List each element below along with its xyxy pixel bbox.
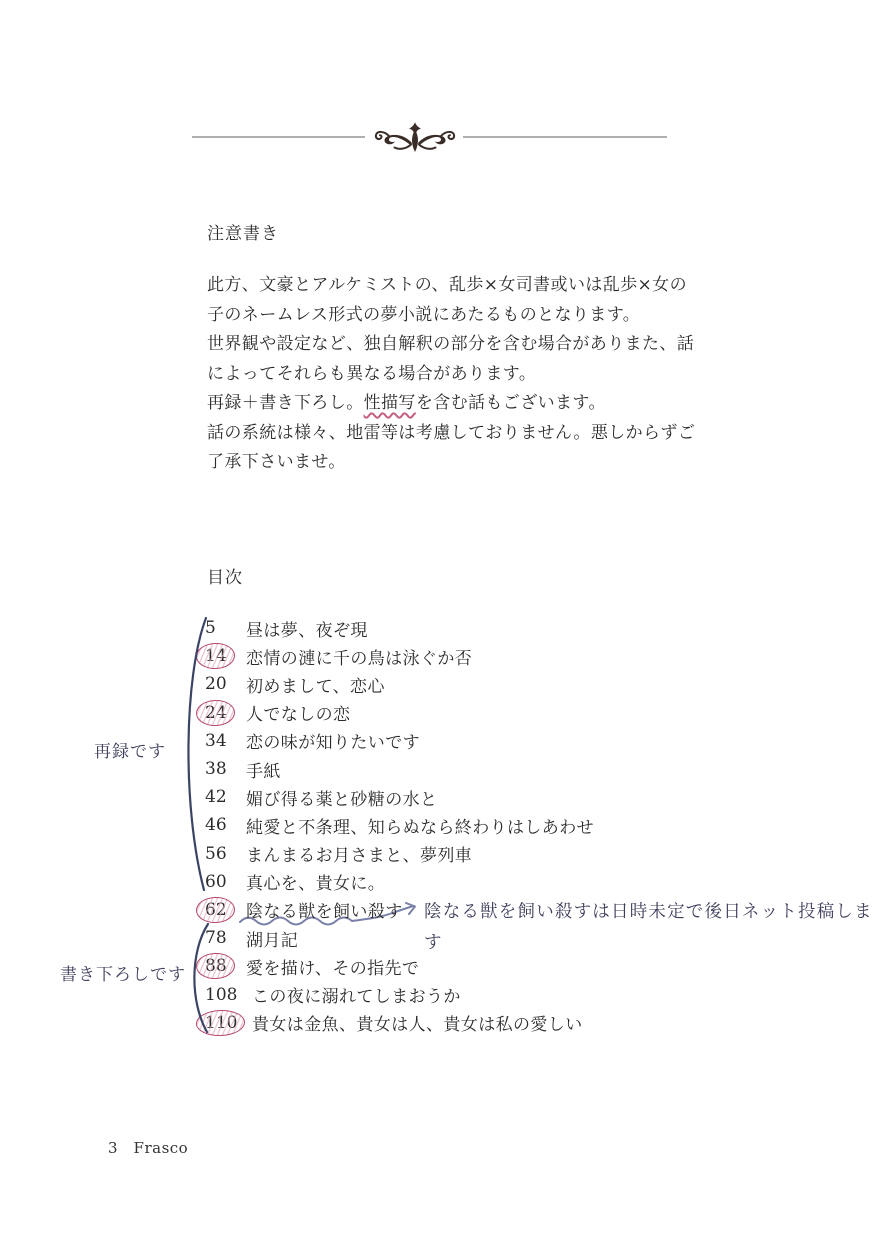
footer-title: Frasco	[134, 1139, 189, 1157]
toc-page-number-cell: 5	[204, 618, 238, 638]
toc-entry: 42媚び得る薬と砂糖の水と	[204, 783, 764, 811]
new-works-label: 書き下ろしです	[60, 960, 186, 985]
content-warning-underlined-text: 性描写	[364, 393, 416, 413]
toc-page-number-cell: 14	[204, 646, 238, 666]
notice-text: 子のネームレス形式の夢小説にあたるものとなります。	[207, 305, 640, 325]
toc-title: 恋の味が知りたいです	[246, 728, 420, 753]
toc-title: 純愛と不条理、知らぬなら終わりはしあわせ	[246, 813, 594, 838]
notice-text: 話の系統は様々、地雷等は考慮しておりません。悪しからずご	[207, 423, 695, 443]
toc-entry: 24人でなしの恋	[204, 699, 764, 727]
toc-entry: 56まんまるお月さまと、夢列車	[204, 840, 764, 868]
toc-entry: 38手紙	[204, 755, 764, 783]
toc-page-number-cell: 20	[204, 674, 238, 694]
toc-entry: 20初めまして、恋心	[204, 670, 764, 698]
toc-title: 湖月記	[246, 926, 298, 951]
margin-note: 陰なる獣を飼い殺すは日時未定で後日ネット投稿します	[424, 897, 884, 959]
toc-entry: 14恋情の漣に千の鳥は泳ぐか否	[204, 642, 764, 670]
toc-title: 初めまして、恋心	[246, 672, 385, 697]
notice-heading: 注意書き	[207, 219, 279, 244]
toc-title: 媚び得る薬と砂糖の水と	[246, 785, 437, 810]
toc-title: この夜に溺れてしまおうか	[252, 982, 461, 1007]
circled-page-number: 62	[204, 902, 228, 919]
footer-page-number: 3	[108, 1139, 118, 1157]
new-works-bracket	[188, 922, 210, 1034]
notice-line: によってそれらも異なる場合があります。	[207, 360, 687, 390]
notice-line: 話の系統は様々、地雷等は考慮しておりません。悪しからずご	[207, 419, 687, 449]
toc-page-number-cell: 24	[204, 703, 238, 723]
toc-entry: 60真心を、貴女に。	[204, 868, 764, 896]
notice-line: 子のネームレス形式の夢小説にあたるものとなります。	[207, 301, 687, 331]
header-divider	[192, 122, 667, 152]
toc-page-number-cell: 42	[204, 787, 238, 807]
divider-line-right	[463, 136, 667, 138]
toc-page-number-cell: 60	[204, 872, 238, 892]
toc-title: まんまるお月さまと、夢列車	[246, 841, 472, 866]
toc-page-number-cell: 62	[204, 900, 238, 920]
toc-entry: 46純愛と不条理、知らぬなら終わりはしあわせ	[204, 811, 764, 839]
toc-page-number-cell: 34	[204, 731, 238, 751]
toc-title: 恋情の漣に千の鳥は泳ぐか否	[246, 644, 472, 669]
notice-body: 此方、文豪とアルケミストの、乱歩×女司書或いは乱歩×女の子のネームレス形式の夢小…	[207, 271, 687, 478]
toc-title: 真心を、貴女に。	[246, 869, 385, 894]
reprint-bracket	[182, 616, 208, 892]
notice-text: 了承下さいませ。	[207, 452, 346, 472]
notice-line: 此方、文豪とアルケミストの、乱歩×女司書或いは乱歩×女の	[207, 271, 687, 301]
toc-title: 人でなしの恋	[246, 700, 350, 725]
toc-page-number-cell: 108	[204, 985, 244, 1005]
toc-title: 昼は夢、夜ぞ現	[246, 616, 368, 641]
toc-page-number-cell: 38	[204, 759, 238, 779]
notice-line: 了承下さいませ。	[207, 448, 687, 478]
page-footer: 3Frasco	[108, 1139, 188, 1157]
toc-title: 貴女は金魚、貴女は人、貴女は私の愛しい	[252, 1010, 583, 1035]
toc-page-number-cell: 110	[204, 1013, 244, 1033]
toc-page-number-cell: 46	[204, 815, 238, 835]
fleur-ornament-icon	[373, 121, 457, 153]
notice-text: 再録＋書き下ろし。	[207, 393, 364, 413]
toc-page-number-cell: 56	[204, 844, 238, 864]
notice-text: を含む話もございます。	[416, 393, 606, 413]
notice-text: によってそれらも異なる場合があります。	[207, 364, 536, 384]
divider-line-left	[192, 136, 365, 138]
toc-entry: 34恋の味が知りたいです	[204, 727, 764, 755]
toc-entry: 110貴女は金魚、貴女は人、貴女は私の愛しい	[204, 1009, 764, 1037]
reprint-label: 再録です	[94, 737, 166, 762]
toc-title: 陰なる獣を飼い殺す	[246, 897, 403, 922]
toc-list: 5昼は夢、夜ぞ現14恋情の漣に千の鳥は泳ぐか否20初めまして、恋心24人でなしの…	[204, 614, 764, 1037]
toc-title: 愛を描け、その指先で	[246, 954, 419, 979]
notice-text: 此方、文豪とアルケミストの、乱歩×女司書或いは乱歩×女の	[207, 275, 687, 295]
toc-entry: 108この夜に溺れてしまおうか	[204, 980, 764, 1008]
notice-line: 世界観や設定など、独自解釈の部分を含む場合がありまた、話	[207, 330, 687, 360]
notice-line: 再録＋書き下ろし。性描写を含む話もございます。	[207, 389, 687, 419]
notice-text: 世界観や設定など、独自解釈の部分を含む場合がありまた、話	[207, 334, 694, 354]
toc-entry: 5昼は夢、夜ぞ現	[204, 614, 764, 642]
document-page: 注意書き 此方、文豪とアルケミストの、乱歩×女司書或いは乱歩×女の子のネームレス…	[0, 0, 896, 1247]
toc-heading: 目次	[207, 563, 243, 588]
toc-title: 手紙	[246, 757, 281, 782]
